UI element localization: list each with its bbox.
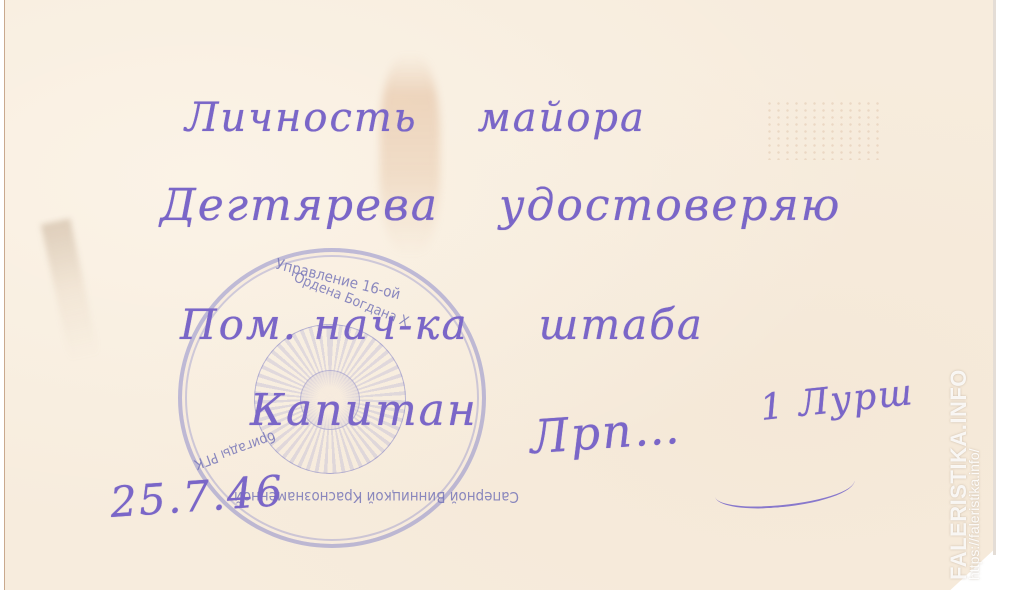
watermark: FALERISTIKA.INFO https://faleristika.inf… <box>928 385 988 585</box>
handwriting-line-2: Дегтяреваудостоверяю <box>160 180 841 231</box>
word-degtyareva: Дегтярева <box>160 180 439 231</box>
stain-left <box>41 218 99 361</box>
foxing-speckles <box>765 100 885 160</box>
word-mayora: майора <box>478 95 646 141</box>
handwriting-rank: Капитан <box>250 385 478 436</box>
handwriting-line-1: Личностьмайора <box>185 95 646 141</box>
signature: Лрп… <box>528 400 683 464</box>
word-shtaba: штаба <box>539 300 704 349</box>
word-pom-nachka: Пом. нач-ка <box>180 300 469 349</box>
word-lichnost: Личность <box>185 95 418 141</box>
paper-edge <box>993 0 996 555</box>
word-udostoveryayu: удостоверяю <box>499 180 841 231</box>
handwriting-line-3: Пом. нач-каштаба <box>180 300 704 349</box>
watermark-url: https://faleristika.info/ <box>966 448 982 580</box>
